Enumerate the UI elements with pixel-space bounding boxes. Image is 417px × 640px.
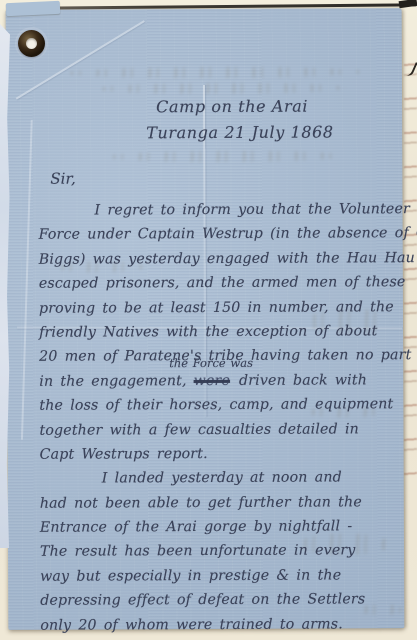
ink-showthrough-smudge bbox=[64, 66, 364, 78]
letter-line: only 20 of whom were trained to arms. bbox=[40, 612, 406, 638]
letter-line: escaped prisoners, and the armed men of … bbox=[39, 270, 405, 296]
letter-line: way but especially in prestige & in the bbox=[40, 563, 406, 589]
amended-before: in the engagement, bbox=[39, 373, 186, 390]
left-crease bbox=[21, 120, 32, 440]
letter-line-amended: in the engagement,weredriven back with t… bbox=[39, 368, 405, 394]
struck-out-word: were bbox=[194, 373, 230, 389]
letter-line: Entrance of the Arai gorge by nightfall … bbox=[40, 514, 406, 540]
letter-line: proving to be at least 150 in number, an… bbox=[39, 295, 405, 321]
blue-letter-page: Camp on the Arai Turanga 21 July 1868 Si… bbox=[6, 8, 405, 630]
letter-line: the loss of their horses, camp, and equi… bbox=[39, 392, 405, 418]
letter-line: together with a few casualties detailed … bbox=[39, 417, 405, 443]
letter-line: I landed yesterday at noon and bbox=[40, 465, 406, 491]
eyelet-hole bbox=[26, 38, 37, 49]
letter-photograph: Camp on the Arai Turanga 21 July 1868 Si… bbox=[0, 0, 417, 640]
letter-line: friendly Natives with the exception of a… bbox=[39, 319, 405, 345]
letter-line: had not been able to get further than th… bbox=[40, 490, 406, 516]
metal-eyelet bbox=[18, 30, 45, 57]
page-top-flap bbox=[6, 1, 61, 16]
salutation: Sir, bbox=[50, 170, 75, 188]
heading-date-line: Turanga 21 July 1868 bbox=[146, 122, 334, 142]
letter-line: depressing effect of defeat on the Settl… bbox=[40, 587, 406, 613]
heading-place-line: Camp on the Arai bbox=[156, 97, 308, 117]
interline-insertion: the Force was bbox=[169, 357, 253, 369]
letter-line: Biggs) was yesterday engaged with the Ha… bbox=[39, 246, 405, 272]
letter-line: Capt Westrups report. bbox=[40, 441, 406, 467]
letter-line: Force under Captain Westrup (in the abse… bbox=[39, 222, 405, 248]
ink-showthrough-smudge bbox=[96, 82, 346, 94]
ink-showthrough-smudge bbox=[106, 150, 346, 162]
letter-line: I regret to inform you that the Voluntee… bbox=[38, 197, 404, 223]
letter-body: I regret to inform you that the Voluntee… bbox=[38, 197, 406, 638]
letter-line: The result has been unfortunate in every bbox=[40, 539, 406, 565]
amended-after: driven back with bbox=[239, 372, 367, 389]
